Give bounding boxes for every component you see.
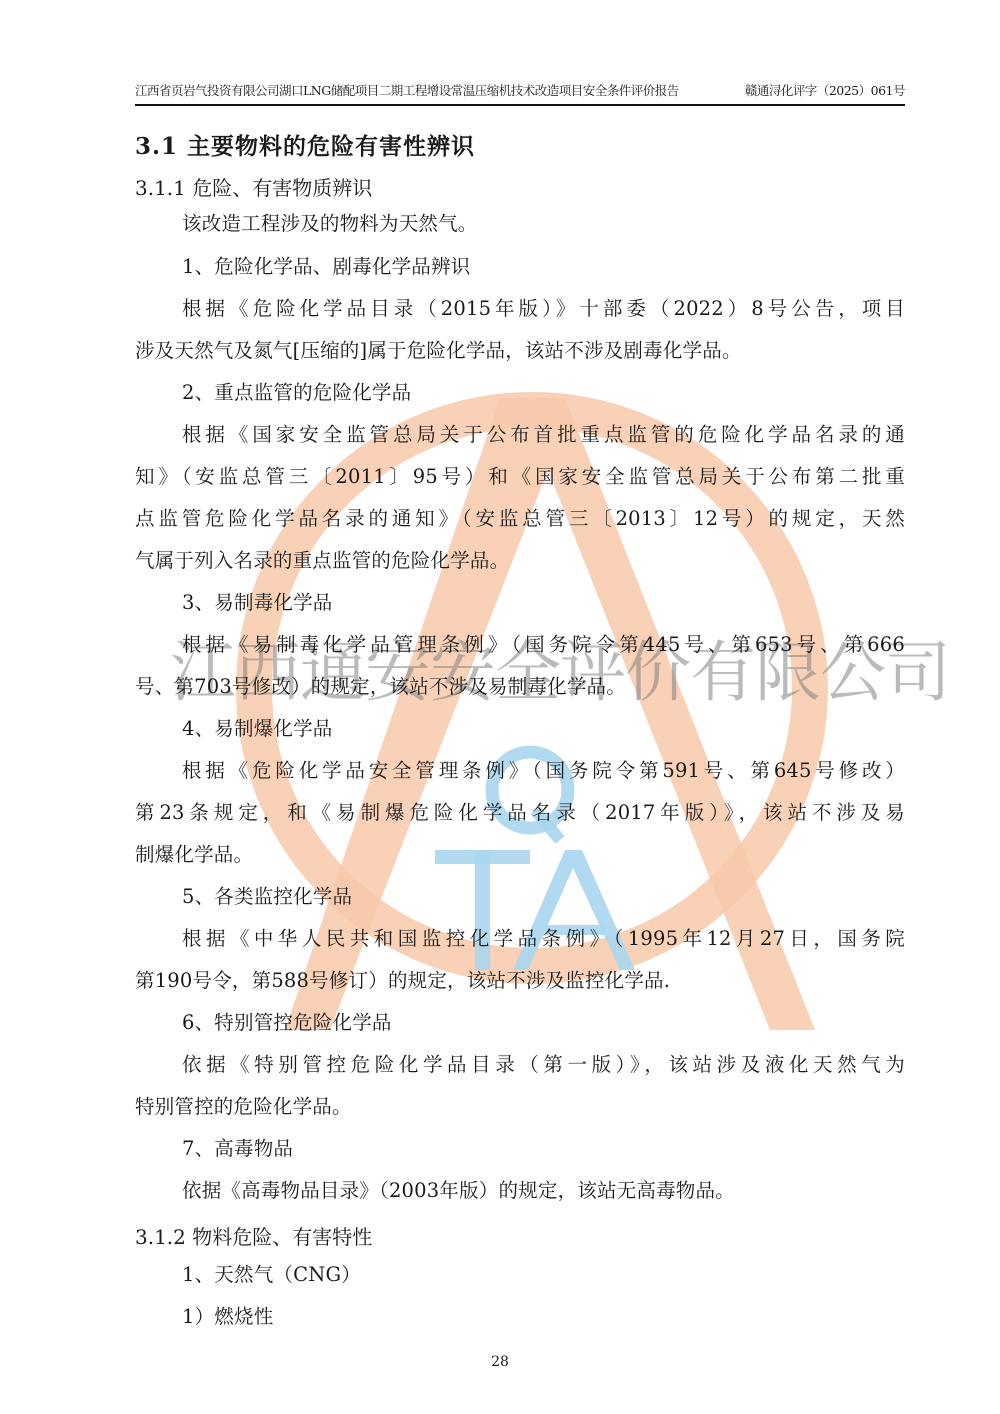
paragraph-line: 根据《危险化学品安全管理条例》（国务院令第591号、第645号修改） <box>182 761 905 781</box>
subsection-title-3-1-1: 3.1.1 危险、有害物质辨识 <box>135 172 372 201</box>
document-page: 江西省页岩气投资有限公司湖口LNG储配项目二期工程增设常温压缩机技术改造项目安全… <box>0 0 1000 1414</box>
item-heading: 4、易制爆化学品 <box>182 719 905 739</box>
paragraph-line: 涉及天然气及氮气[压缩的]属于危险化学品，该站不涉及剧毒化学品。 <box>135 341 905 361</box>
paragraph-line: 根据《危险化学品目录（2015年版）》十部委（2022）8号公告，项目 <box>182 299 905 319</box>
paragraph-line: 根据《中华人民共和国监控化学品条例》（1995年12月27日，国务院 <box>182 929 905 949</box>
item-heading: 3、易制毒化学品 <box>182 593 905 613</box>
item-heading: 1）燃烧性 <box>182 1307 905 1327</box>
paragraph-line: 制爆化学品。 <box>135 845 905 865</box>
page-header: 江西省页岩气投资有限公司湖口LNG储配项目二期工程增设常温压缩机技术改造项目安全… <box>135 83 905 99</box>
paragraph-line: 第23条规定，和《易制爆危险化学品名录（2017年版）》，该站不涉及易 <box>135 803 905 823</box>
item-heading: 1、危险化学品、剧毒化学品辨识 <box>182 257 905 277</box>
paragraph-line: 依据《特别管控危险化学品目录（第一版）》，该站涉及液化天然气为 <box>182 1055 905 1075</box>
paragraph-line: 气属于列入名录的重点监管的危险化学品。 <box>135 551 905 571</box>
paragraph-line: 号、第703号修改）的规定，该站不涉及易制毒化学品。 <box>135 677 905 697</box>
item-heading: 1、天然气（CNG） <box>182 1265 905 1285</box>
item-heading: 6、特别管控危险化学品 <box>182 1013 905 1033</box>
paragraph-line: 第190号令，第588号修订）的规定，该站不涉及监控化学品. <box>135 971 905 991</box>
header-divider <box>135 104 905 106</box>
section-title: 3.1 主要物料的危险有害性辨识 <box>135 128 475 161</box>
document-number: 赣通浔化评字（2025）061号 <box>745 83 905 99</box>
item-heading: 5、各类监控化学品 <box>182 887 905 907</box>
paragraph-line: 点监管危险化学品名录的通知》（安监总管三〔2013〕12号）的规定，天然 <box>135 509 905 529</box>
paragraph-line: 特别管控的危险化学品。 <box>135 1097 905 1117</box>
paragraph-line: 依据《高毒物品目录》（2003年版）的规定，该站无高毒物品。 <box>182 1181 905 1201</box>
page-number: 28 <box>0 1354 1000 1370</box>
paragraph-line: 知》（安监总管三〔2011〕95号）和《国家安全监管总局关于公布第二批重 <box>135 467 905 487</box>
intro-paragraph: 该改造工程涉及的物料为天然气。 <box>182 214 905 234</box>
item-heading: 2、重点监管的危险化学品 <box>182 383 905 403</box>
report-title: 江西省页岩气投资有限公司湖口LNG储配项目二期工程增设常温压缩机技术改造项目安全… <box>135 83 679 99</box>
paragraph-line: 根据《易制毒化学品管理条例》（国务院令第445号、第653号、第666 <box>182 635 905 655</box>
paragraph-line: 根据《国家安全监管总局关于公布首批重点监管的危险化学品名录的通 <box>182 425 905 445</box>
item-heading: 7、高毒物品 <box>182 1139 905 1159</box>
subsection-title-3-1-2: 3.1.2 物料危险、有害特性 <box>135 1221 372 1250</box>
